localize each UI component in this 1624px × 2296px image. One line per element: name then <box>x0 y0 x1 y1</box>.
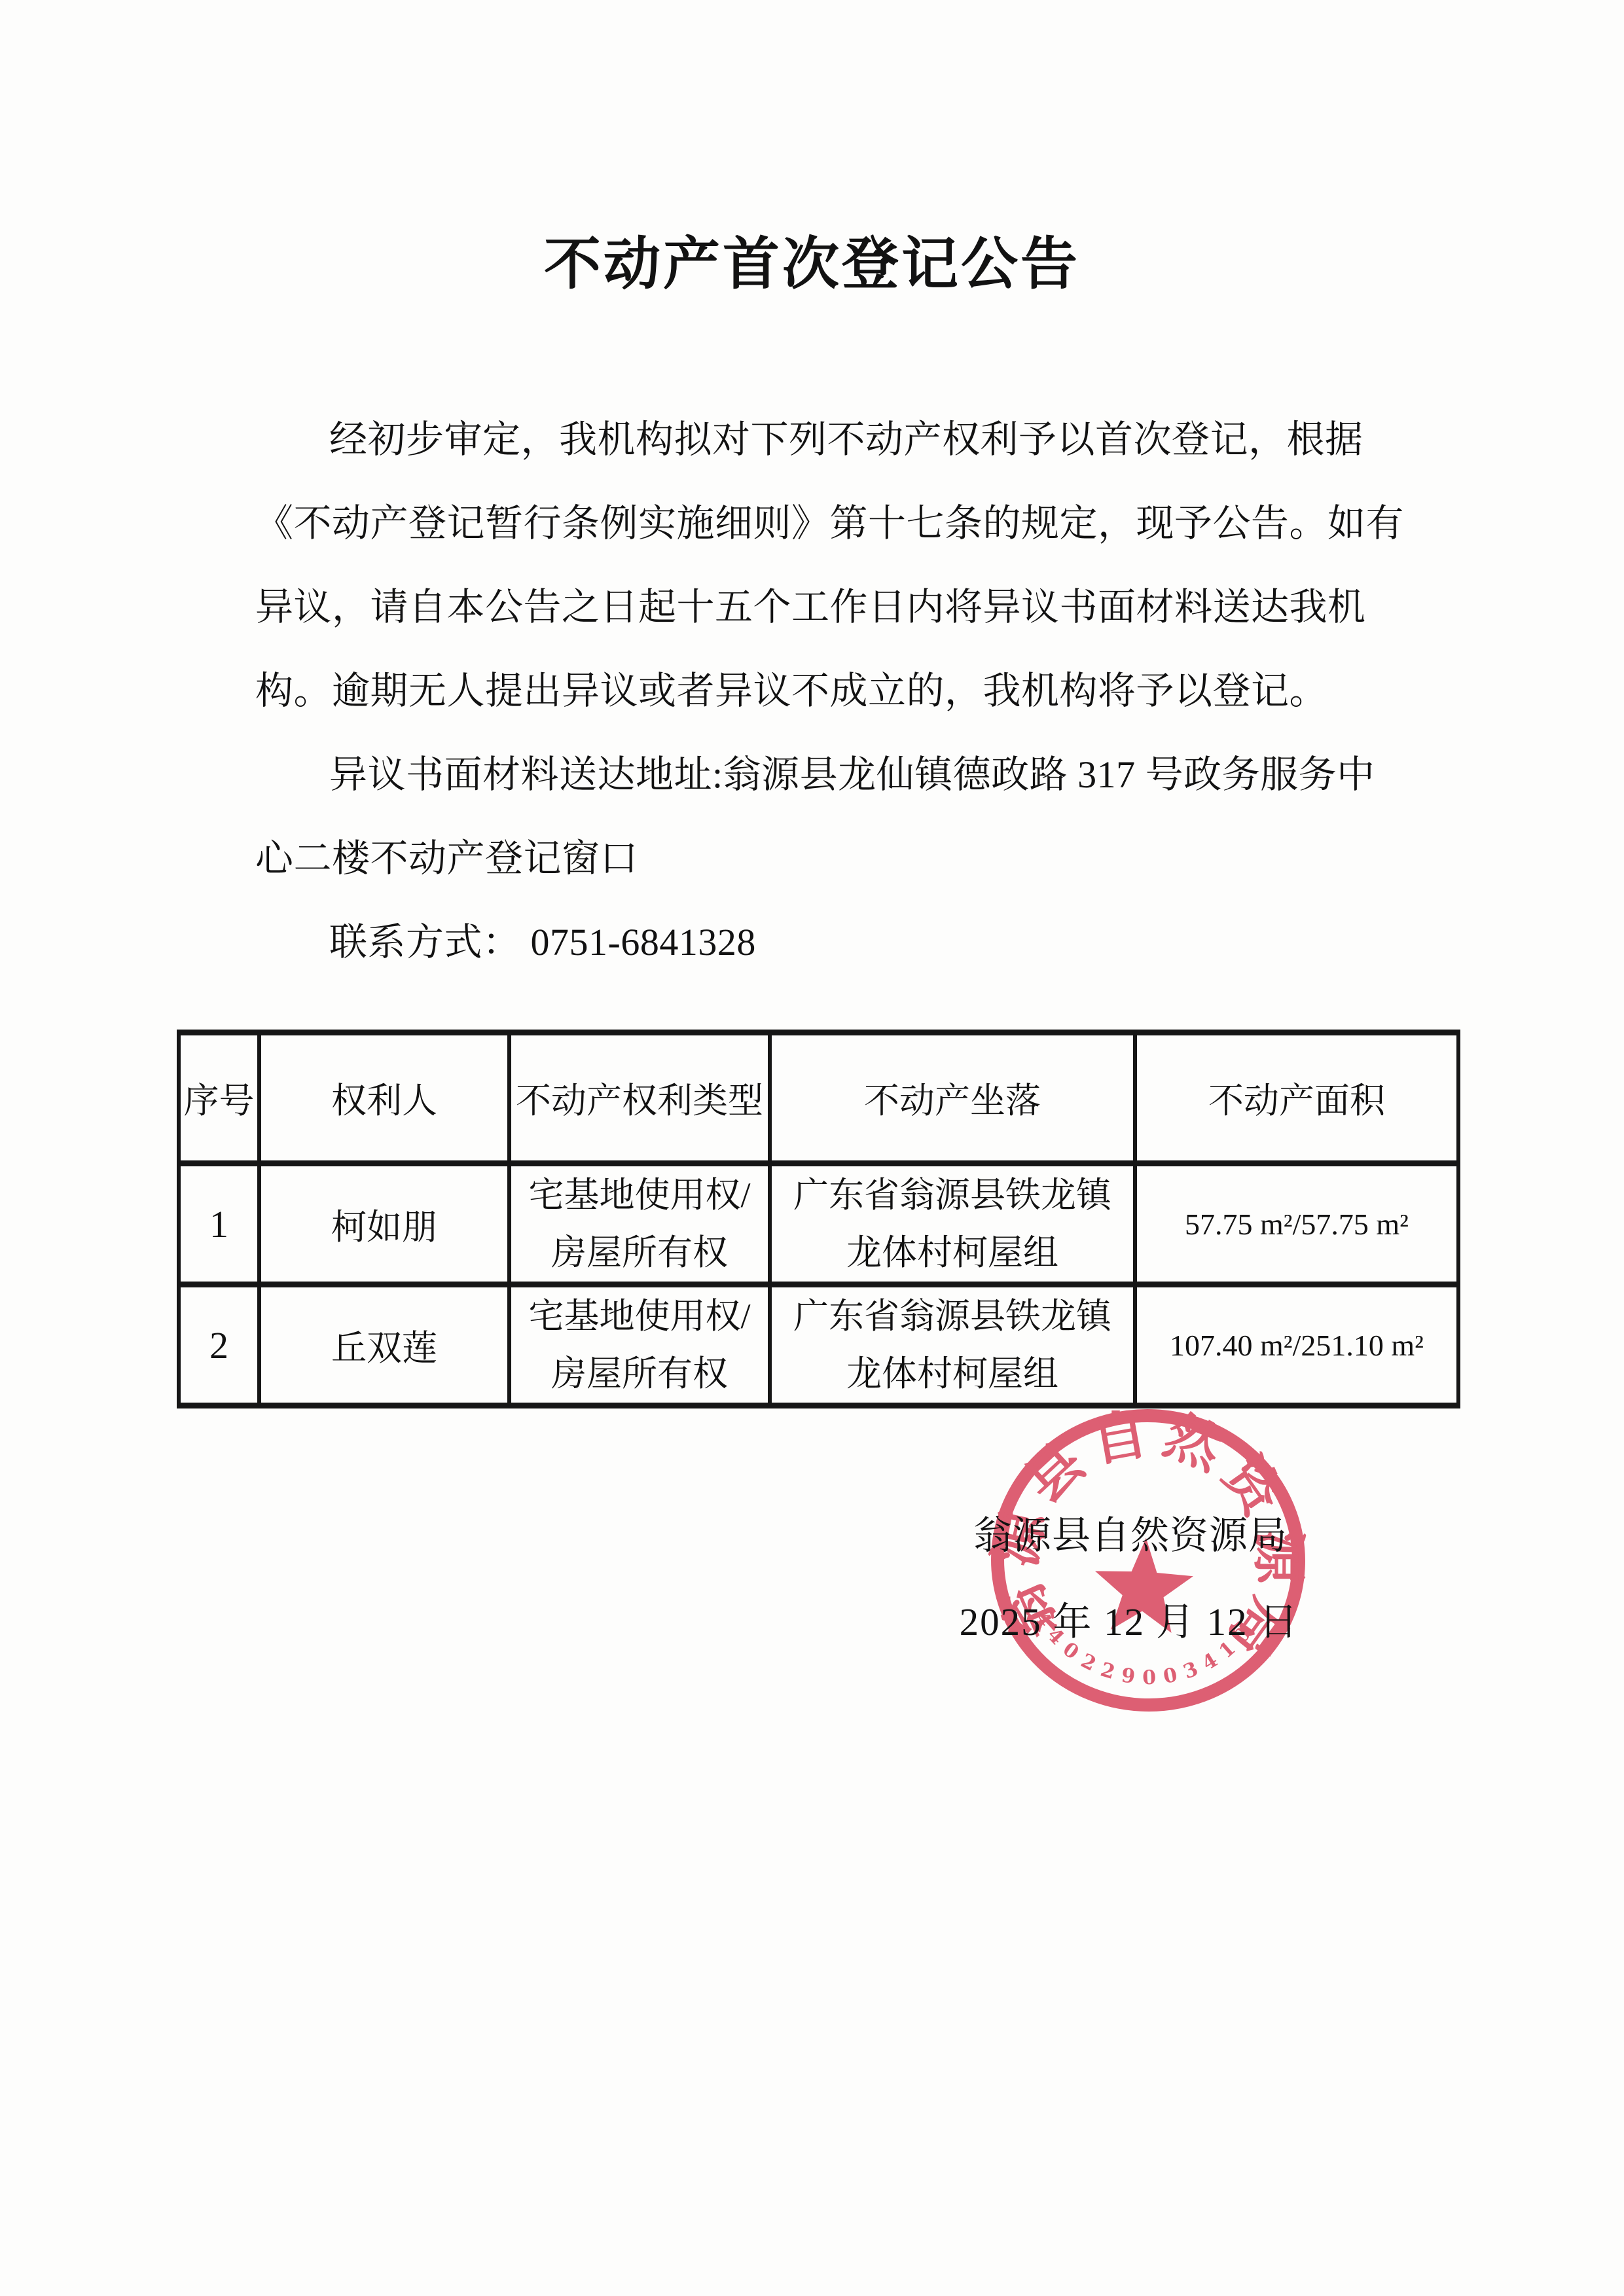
body-line-1: 经初步审定，我机构拟对下列不动产权利予以首次登记，根据 <box>255 398 1381 482</box>
cell-area: 107.40 m²/251.10 m² <box>1135 1285 1458 1406</box>
col-header-serial: 序号 <box>179 1033 259 1164</box>
cell-right-type: 宅基地使用权/ 房屋所有权 <box>509 1164 770 1285</box>
issue-date: 2025 年 12 月 12 日 <box>960 1600 1299 1644</box>
col-header-right-type: 不动产权利类型 <box>509 1033 770 1164</box>
right-type-line: 房屋所有权 <box>511 1345 768 1403</box>
issuing-organization: 翁源县自然资源局 <box>973 1513 1288 1558</box>
cell-location: 广东省翁源县铁龙镇 龙体村柯屋组 <box>770 1164 1135 1285</box>
body-line-address: 异议书面材料送达地址:翁源县龙仙镇德政路 317 号政务服务中 <box>255 733 1381 817</box>
body-line-2: 《不动产登记暂行条例实施细则》第十七条的规定，现予公告。如有 <box>255 482 1381 565</box>
location-line: 龙体村柯屋组 <box>772 1224 1133 1282</box>
body-line-address-cont: 心二楼不动产登记窗口 <box>255 817 1381 901</box>
col-header-area: 不动产面积 <box>1135 1033 1458 1164</box>
location-line: 广东省翁源县铁龙镇 <box>772 1166 1133 1224</box>
body-paragraphs: 经初步审定，我机构拟对下列不动产权利予以首次登记，根据 《不动产登记暂行条例实施… <box>255 398 1381 984</box>
registration-table: 序号 权利人 不动产权利类型 不动产坐落 不动产面积 1 柯如朋 宅基地使用权/… <box>177 1030 1460 1408</box>
body-line-3: 异议，请自本公告之日起十五个工作日内将异议书面材料送达我机 <box>255 565 1381 649</box>
right-type-line: 宅基地使用权/ <box>511 1287 768 1345</box>
body-line-4: 构。逾期无人提出异议或者异议不成立的，我机构将予以登记。 <box>255 649 1381 733</box>
page-title: 不动产首次登记公告 <box>0 228 1624 301</box>
cell-serial: 2 <box>179 1285 259 1406</box>
cell-area: 57.75 m²/57.75 m² <box>1135 1164 1458 1285</box>
location-line: 广东省翁源县铁龙镇 <box>772 1287 1133 1345</box>
col-header-owner: 权利人 <box>259 1033 509 1164</box>
cell-right-type: 宅基地使用权/ 房屋所有权 <box>509 1285 770 1406</box>
right-type-line: 房屋所有权 <box>511 1224 768 1282</box>
official-seal-stamp: 翁源县自然资源局 4402290034109 <box>971 1390 1325 1731</box>
table-row: 1 柯如朋 宅基地使用权/ 房屋所有权 广东省翁源县铁龙镇 龙体村柯屋组 57.… <box>179 1164 1458 1285</box>
col-header-location: 不动产坐落 <box>770 1033 1135 1164</box>
cell-location: 广东省翁源县铁龙镇 龙体村柯屋组 <box>770 1285 1135 1406</box>
cell-serial: 1 <box>179 1164 259 1285</box>
cell-owner: 柯如朋 <box>259 1164 509 1285</box>
body-line-phone: 联系方式： 0751-6841328 <box>255 901 1381 984</box>
table-row: 2 丘双莲 宅基地使用权/ 房屋所有权 广东省翁源县铁龙镇 龙体村柯屋组 107… <box>179 1285 1458 1406</box>
scanned-announcement-page: 不动产首次登记公告 经初步审定，我机构拟对下列不动产权利予以首次登记，根据 《不… <box>0 0 1624 2296</box>
cell-owner: 丘双莲 <box>259 1285 509 1406</box>
right-type-line: 宅基地使用权/ <box>511 1166 768 1224</box>
table-header-row: 序号 权利人 不动产权利类型 不动产坐落 不动产面积 <box>179 1033 1458 1164</box>
